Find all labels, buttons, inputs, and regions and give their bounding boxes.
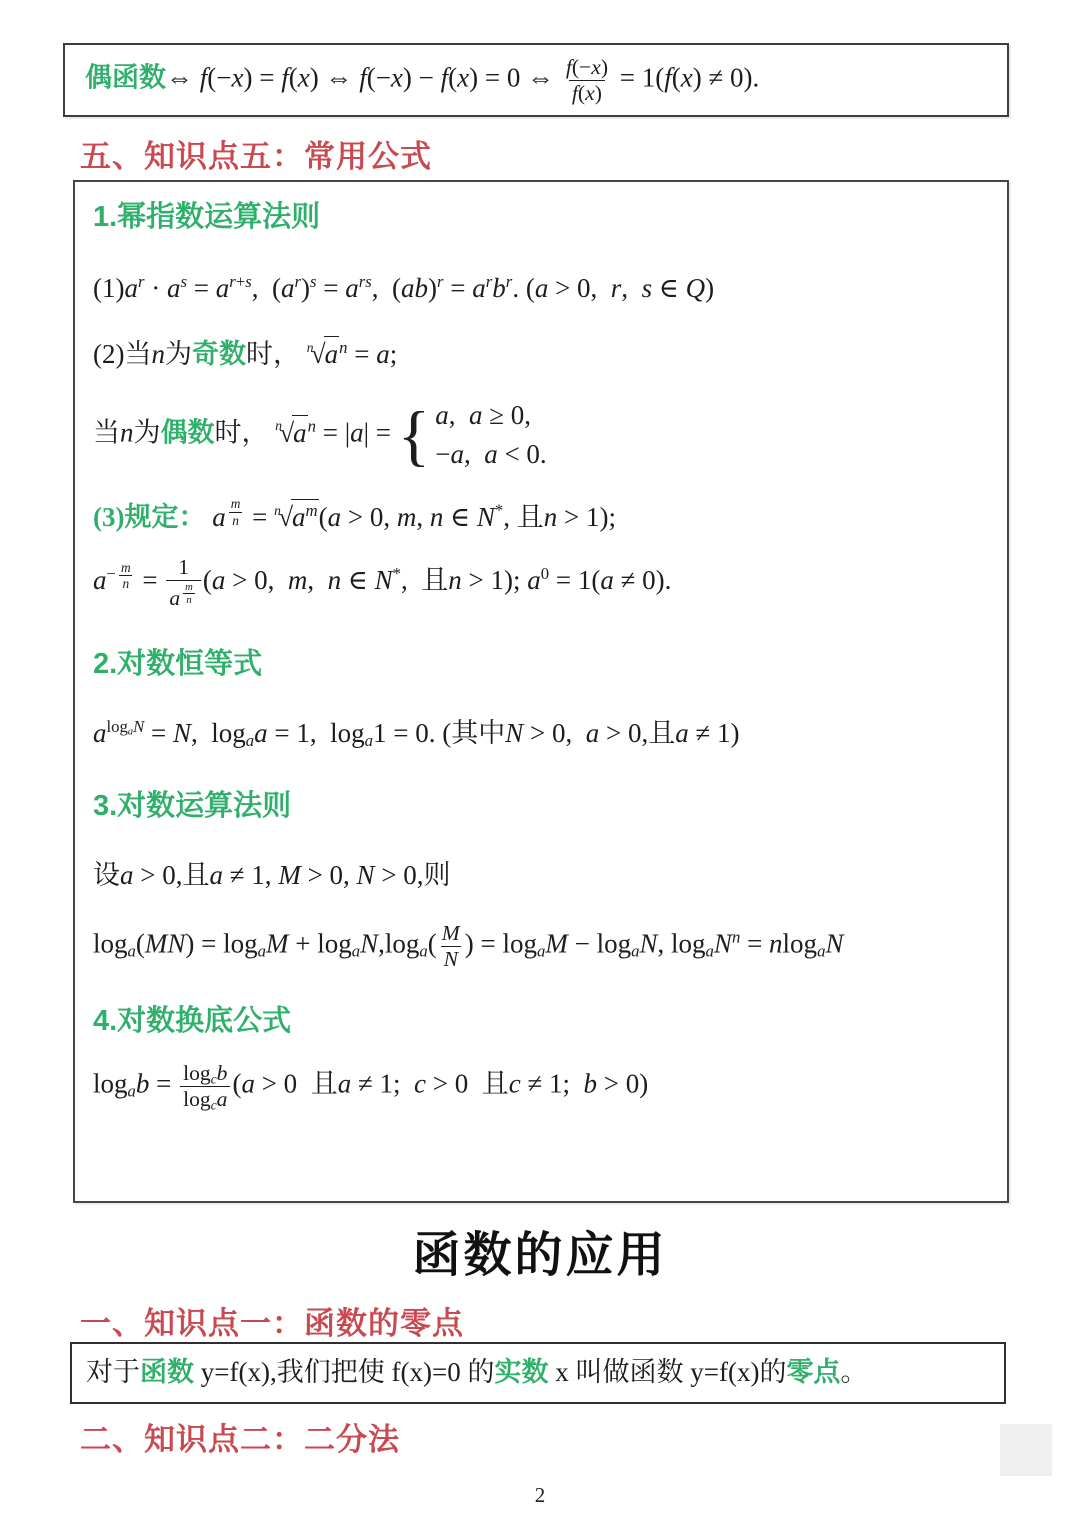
heading-knowledge-point-5: 五、知识点五：常用公式 xyxy=(80,131,432,176)
document-page: 偶函数⇔ f(−x) = f(x) ⇔ f(−x) − f(x) = 0 ⇔ f… xyxy=(0,0,1080,1528)
rational-exponent-rule-line: (3)规定： amn = n√am(a > 0, m, n ∈ N*, 且n >… xyxy=(93,496,993,535)
log-identity-line: alogaN = N, logaa = 1, loga1 = 0. (其中N >… xyxy=(93,716,993,751)
power-product-rule-line: (1)ar · as = ar+s, (ar)s = ars, (ab)r = … xyxy=(93,271,993,306)
heading-knowledge-point-1: 一、知识点一：函数的零点 xyxy=(80,1298,464,1343)
zero-point-definition-box: 对于函数 y=f(x),我们把使 f(x)=0 的实数 x 叫做函数 y=f(x… xyxy=(70,1342,1006,1404)
scan-artifact xyxy=(1000,1424,1052,1476)
subsection-title-change-of-base: 4.对数换底公式 xyxy=(93,1004,993,1039)
even-function-box: 偶函数⇔ f(−x) = f(x) ⇔ f(−x) − f(x) = 0 ⇔ f… xyxy=(63,43,1009,117)
zero-point-definition: 对于函数 y=f(x),我们把使 f(x)=0 的实数 x 叫做函数 y=f(x… xyxy=(86,1355,867,1390)
subsection-title-log-identity: 2.对数恒等式 xyxy=(93,647,993,682)
page-number: 2 xyxy=(0,1483,1080,1508)
change-of-base-line: logab = logcblogca(a > 0 且a ≠ 1; c > 0 且… xyxy=(93,1061,993,1112)
log-operation-rules-line: loga(MN) = logaM + logaN,loga(MN) = loga… xyxy=(93,921,993,972)
even-function-formula: 偶函数⇔ f(−x) = f(x) ⇔ f(−x) − f(x) = 0 ⇔ f… xyxy=(85,55,759,106)
common-formulas-box: 1.幂指数运算法则 (1)ar · as = ar+s, (ar)s = ars… xyxy=(73,180,1009,1203)
heading-knowledge-point-2: 二、知识点二：二分法 xyxy=(80,1414,400,1459)
odd-root-rule-line: (2)当n为奇数时， n√an = a; xyxy=(93,336,993,372)
subsection-title-power-rules: 1.幂指数运算法则 xyxy=(93,200,993,235)
chapter-title: 函数的应用 xyxy=(0,1216,1080,1285)
even-root-rule-line: 当n为偶数时， n√an = |a| = {a, a ≥ 0,−a, a < 0… xyxy=(93,396,993,474)
log-conditions-line: 设a > 0,且a ≠ 1, M > 0, N > 0,则 xyxy=(93,858,993,893)
negative-exponent-rule-line: a−mn = 1amn(a > 0, m, n ∈ N*, 且n > 1); a… xyxy=(93,555,993,611)
subsection-title-log-rules: 3.对数运算法则 xyxy=(93,789,993,824)
